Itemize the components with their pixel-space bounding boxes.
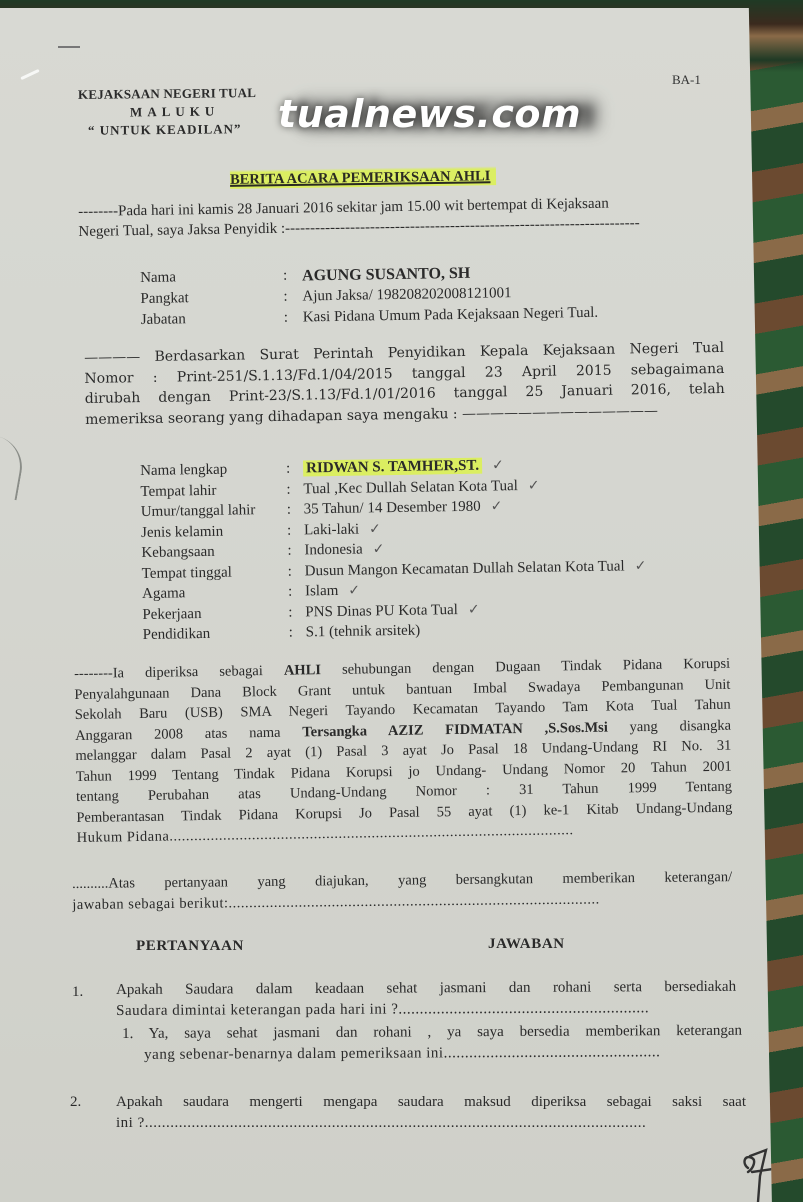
investigator-details: Nama : AGUNG SUSANTO, SH Pangkat : Ajun … [140,261,741,340]
field-value: Islam✓ [305,583,360,601]
pen-mark-white [20,69,39,80]
field-label: Nama [140,269,176,287]
field-value: PNS Dinas PU Kota Tual✓ [305,601,480,621]
watermark: tualnews.com [278,94,581,134]
basis-paragraph: ———— Berdasarkan Surat Perintah Penyidik… [84,338,725,430]
field-label: Umur/tanggal lahir [141,502,256,521]
document-title: BERITA ACARA PEMERIKSAAN AHLI [230,166,497,189]
check-mark-icon: ✓ [528,477,540,493]
colon: : [287,543,291,560]
field-value: 35 Tahun/ 14 Desember 1980✓ [304,498,503,518]
field-label: Pendidikan [143,626,211,644]
check-mark-icon: ✓ [369,521,381,537]
text: Anggaran 2008 atas nama [75,724,302,744]
colon: : [287,522,291,539]
colon: : [283,289,287,306]
value-text: S.1 (tehnik arsitek) [306,623,421,641]
value-text: Laki-laki [304,521,359,538]
check-mark-icon: ✓ [492,457,504,473]
investigator-rank: Ajun Jaksa/ 198208202008121001 [302,285,511,305]
field-value: RIDWAN S. TAMHER,ST.✓ [303,457,504,477]
field-label: Pangkat [140,290,189,308]
field-label: Nama lengkap [140,462,227,480]
motto: “ UNTUK KEADILAN” [88,121,242,139]
institution-name: KEJAKSAAN NEGERI TUAL [78,85,256,103]
field-label: Tempat lahir [140,482,216,500]
check-mark-icon: ✓ [491,498,503,514]
colon: : [288,604,292,621]
investigator-name: AGUNG SUSANTO, SH [302,265,470,286]
field-label: Jenis kelamin [141,523,223,541]
province-name: MALUKU [130,104,219,121]
answer-line: yang sebenar-benarnya dalam pemeriksaan … [122,1042,716,1066]
paper-curl [0,436,27,501]
colon: : [283,268,287,285]
question-1: Apakah Saudara dalam keadaan sehat jasma… [116,977,736,1022]
answers-intro-paragraph: ..........Atas pertanyaan yang diajukan,… [72,867,732,915]
question-line: ini ?...................................… [116,1113,686,1134]
question-line: Apakah saudara mengerti mengapa saudara … [116,1092,746,1113]
check-mark-icon: ✓ [348,583,360,599]
questions-header: PERTANYAAN [136,938,244,955]
field-value: Laki-laki✓ [304,521,381,539]
colon: : [288,563,292,580]
colon: : [286,461,290,478]
field-label: Jabatan [141,311,186,329]
colon: : [288,584,292,601]
field-value: S.1 (tehnik arsitek) [306,623,421,642]
value-text: PNS Dinas PU Kota Tual [305,602,458,620]
value-text: 35 Tahun/ 14 Desember 1980 [304,499,481,518]
field-label: Pekerjaan [142,606,201,624]
text: --------Ia diperiksa sebagai [74,663,284,682]
check-mark-icon: ✓ [635,558,647,574]
value-text: Islam [305,583,339,600]
check-mark-icon: ✓ [373,541,385,557]
field-label: Tempat tinggal [142,564,232,582]
investigator-position: Kasi Pidana Umum Pada Kejaksaan Negeri T… [303,305,599,327]
answer-1: 1. Ya, saya sehat jasmani dan rohani , y… [122,1021,742,1066]
suspect-name: Tersangka AZIZ FIDMATAN ,S.Sos.Msi [302,719,608,740]
question-line: Saudara dimintai keterangan pada hari in… [116,998,686,1022]
expert-details: Nama lengkap:RIDWAN S. TAMHER,ST.✓Tempat… [140,454,743,653]
colon: : [284,310,288,327]
value-text: Tual ,Kec Dullah Selatan Kota Tual [303,478,518,497]
colon: : [289,625,293,642]
question-number: 2. [70,1094,81,1111]
value-text: Indonesia [304,542,363,559]
text: yang disangka [608,717,732,735]
form-code: BA-1 [672,72,701,88]
document-page: KEJAKSAAN NEGERI TUAL MALUKU “ UNTUK KEA… [0,8,772,1202]
field-label: Kebangsaan [141,544,215,562]
role-ahli: AHLI [284,662,321,679]
field-value: Tual ,Kec Dullah Selatan Kota Tual✓ [303,477,539,498]
answers-header: JAWABAN [488,936,565,953]
colon: : [287,502,291,519]
expert-name: RIDWAN S. TAMHER,ST. [303,458,482,477]
colon: : [286,481,290,498]
field-label: Agama [142,585,186,603]
pen-mark [58,46,80,48]
question-2: Apakah saudara mengerti mengapa saudara … [116,1092,746,1134]
intro-paragraph: --------Pada hari ini kamis 28 Januari 2… [78,193,640,242]
field-value: Indonesia✓ [304,541,384,559]
check-mark-icon: ✓ [468,601,480,617]
case-paragraph: --------Ia diperiksa sebagai AHLI sehubu… [74,654,733,849]
question-number: 1. [72,984,83,1001]
